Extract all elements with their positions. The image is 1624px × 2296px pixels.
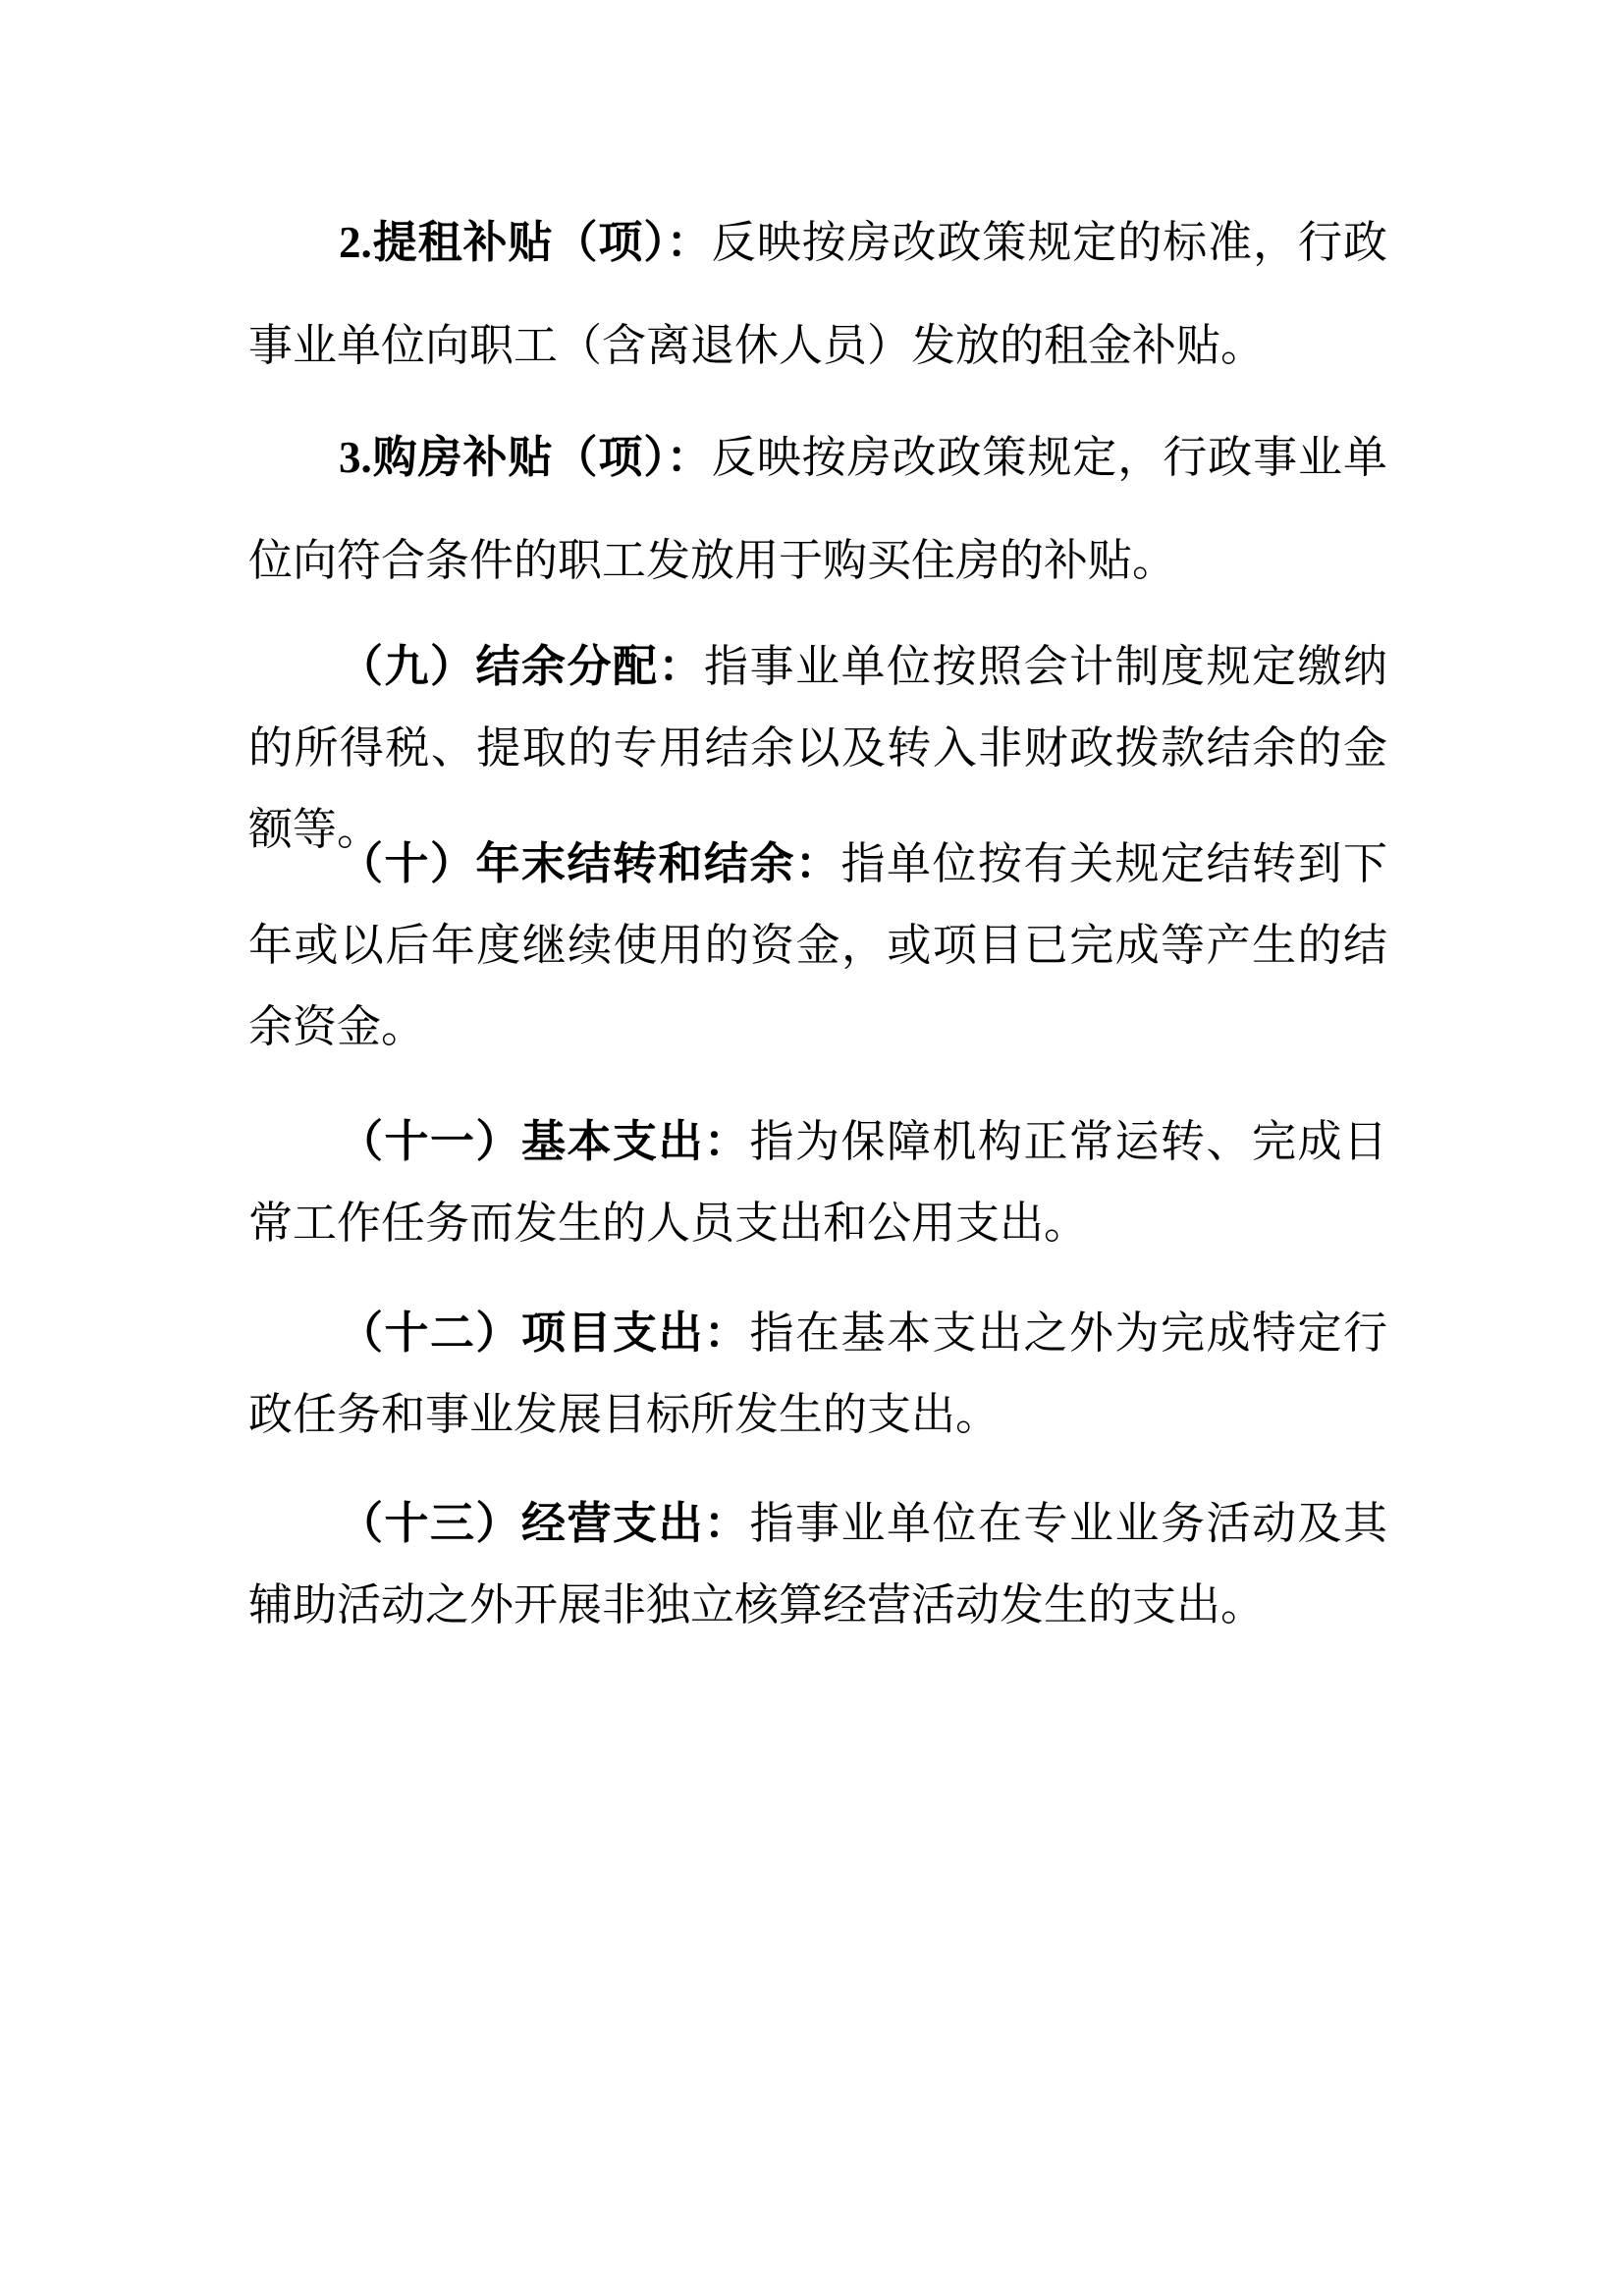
para-operating-expenditure-label: （十三）经营支出： bbox=[339, 1498, 750, 1548]
document-page: 2.提租补贴（项）：反映按房改政策规定的标准，行政事业单位向职工（含离退休人员）… bbox=[0, 0, 1624, 2296]
para-basic-expenditure-label: （十一）基本支出： bbox=[339, 1116, 750, 1166]
para-rent-subsidy: 2.提租补贴（项）：反映按房改政策规定的标准，行政事业单位向职工（含离退休人员）… bbox=[248, 191, 1387, 398]
para-surplus-distribution-label: （九）结余分配： bbox=[339, 641, 704, 691]
para-project-expenditure-label: （十二）项目支出： bbox=[339, 1308, 750, 1358]
para-year-end-carryover-label: （十）年末结转和结余： bbox=[339, 838, 841, 888]
para-house-purchase-subsidy-label: 3.购房补贴（项）： bbox=[339, 433, 712, 482]
para-operating-expenditure: （十三）经营支出：指事业单位在专业业务活动及其辅助活动之外开展非独立核算经营活动… bbox=[248, 1482, 1387, 1646]
para-house-purchase-subsidy: 3.购房补贴（项）：反映按房改政策规定，行政事业单位向符合条件的职工发放用于购买… bbox=[248, 406, 1387, 613]
para-basic-expenditure: （十一）基本支出：指为保障机构正常运转、完成日常工作任务而发生的人员支出和公用支… bbox=[248, 1100, 1387, 1264]
para-rent-subsidy-label: 2.提租补贴（项）： bbox=[339, 218, 712, 267]
para-year-end-carryover: （十）年末结转和结余：指单位按有关规定结转到下年或以后年度继续使用的资金，或项目… bbox=[248, 823, 1387, 1068]
para-project-expenditure: （十二）项目支出：指在基本支出之外为完成特定行政任务和事业发展目标所发生的支出。 bbox=[248, 1292, 1387, 1456]
